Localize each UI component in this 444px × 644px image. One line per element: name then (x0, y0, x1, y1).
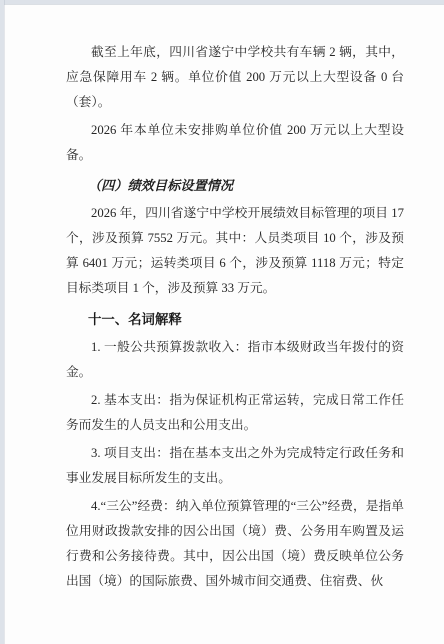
heading-performance-target-setting: （四）绩效目标设置情况 (66, 173, 404, 198)
paragraph-equipment-plan: 2026 年本单位未安排购单位价值 200 万元以上大型设备。 (66, 118, 404, 168)
paragraph-term-three-public-funds: 4.“三公”经费：纳入单位预算管理的“三公”经费，是指单位用财政拨款安排的因公出… (66, 494, 404, 594)
paragraph-term-general-budget-income: 1. 一般公共预算拨款收入：指市本级财政当年拨付的资金。 (66, 335, 404, 385)
heading-glossary: 十一、名词解释 (66, 307, 404, 332)
paragraph-vehicle-assets: 截至上年底，四川省遂宁中学校共有车辆 2 辆，其中，应急保障用车 2 辆。单位价… (66, 40, 404, 115)
page-edge-top (0, 0, 444, 4)
paragraph-performance-target-detail: 2026 年，四川省遂宁中学校开展绩效目标管理的项目 17 个，涉及预算 755… (66, 201, 404, 301)
paragraph-term-project-expenditure: 3. 项目支出：指在基本支出之外为完成特定行政任务和事业发展目标所发生的支出。 (66, 441, 404, 491)
paragraph-term-basic-expenditure: 2. 基本支出：指为保证机构正常运转，完成日常工作任务而发生的人员支出和公用支出… (66, 388, 404, 438)
page-edge-left (0, 0, 4, 644)
document-content: 截至上年底，四川省遂宁中学校共有车辆 2 辆，其中，应急保障用车 2 辆。单位价… (66, 40, 404, 594)
